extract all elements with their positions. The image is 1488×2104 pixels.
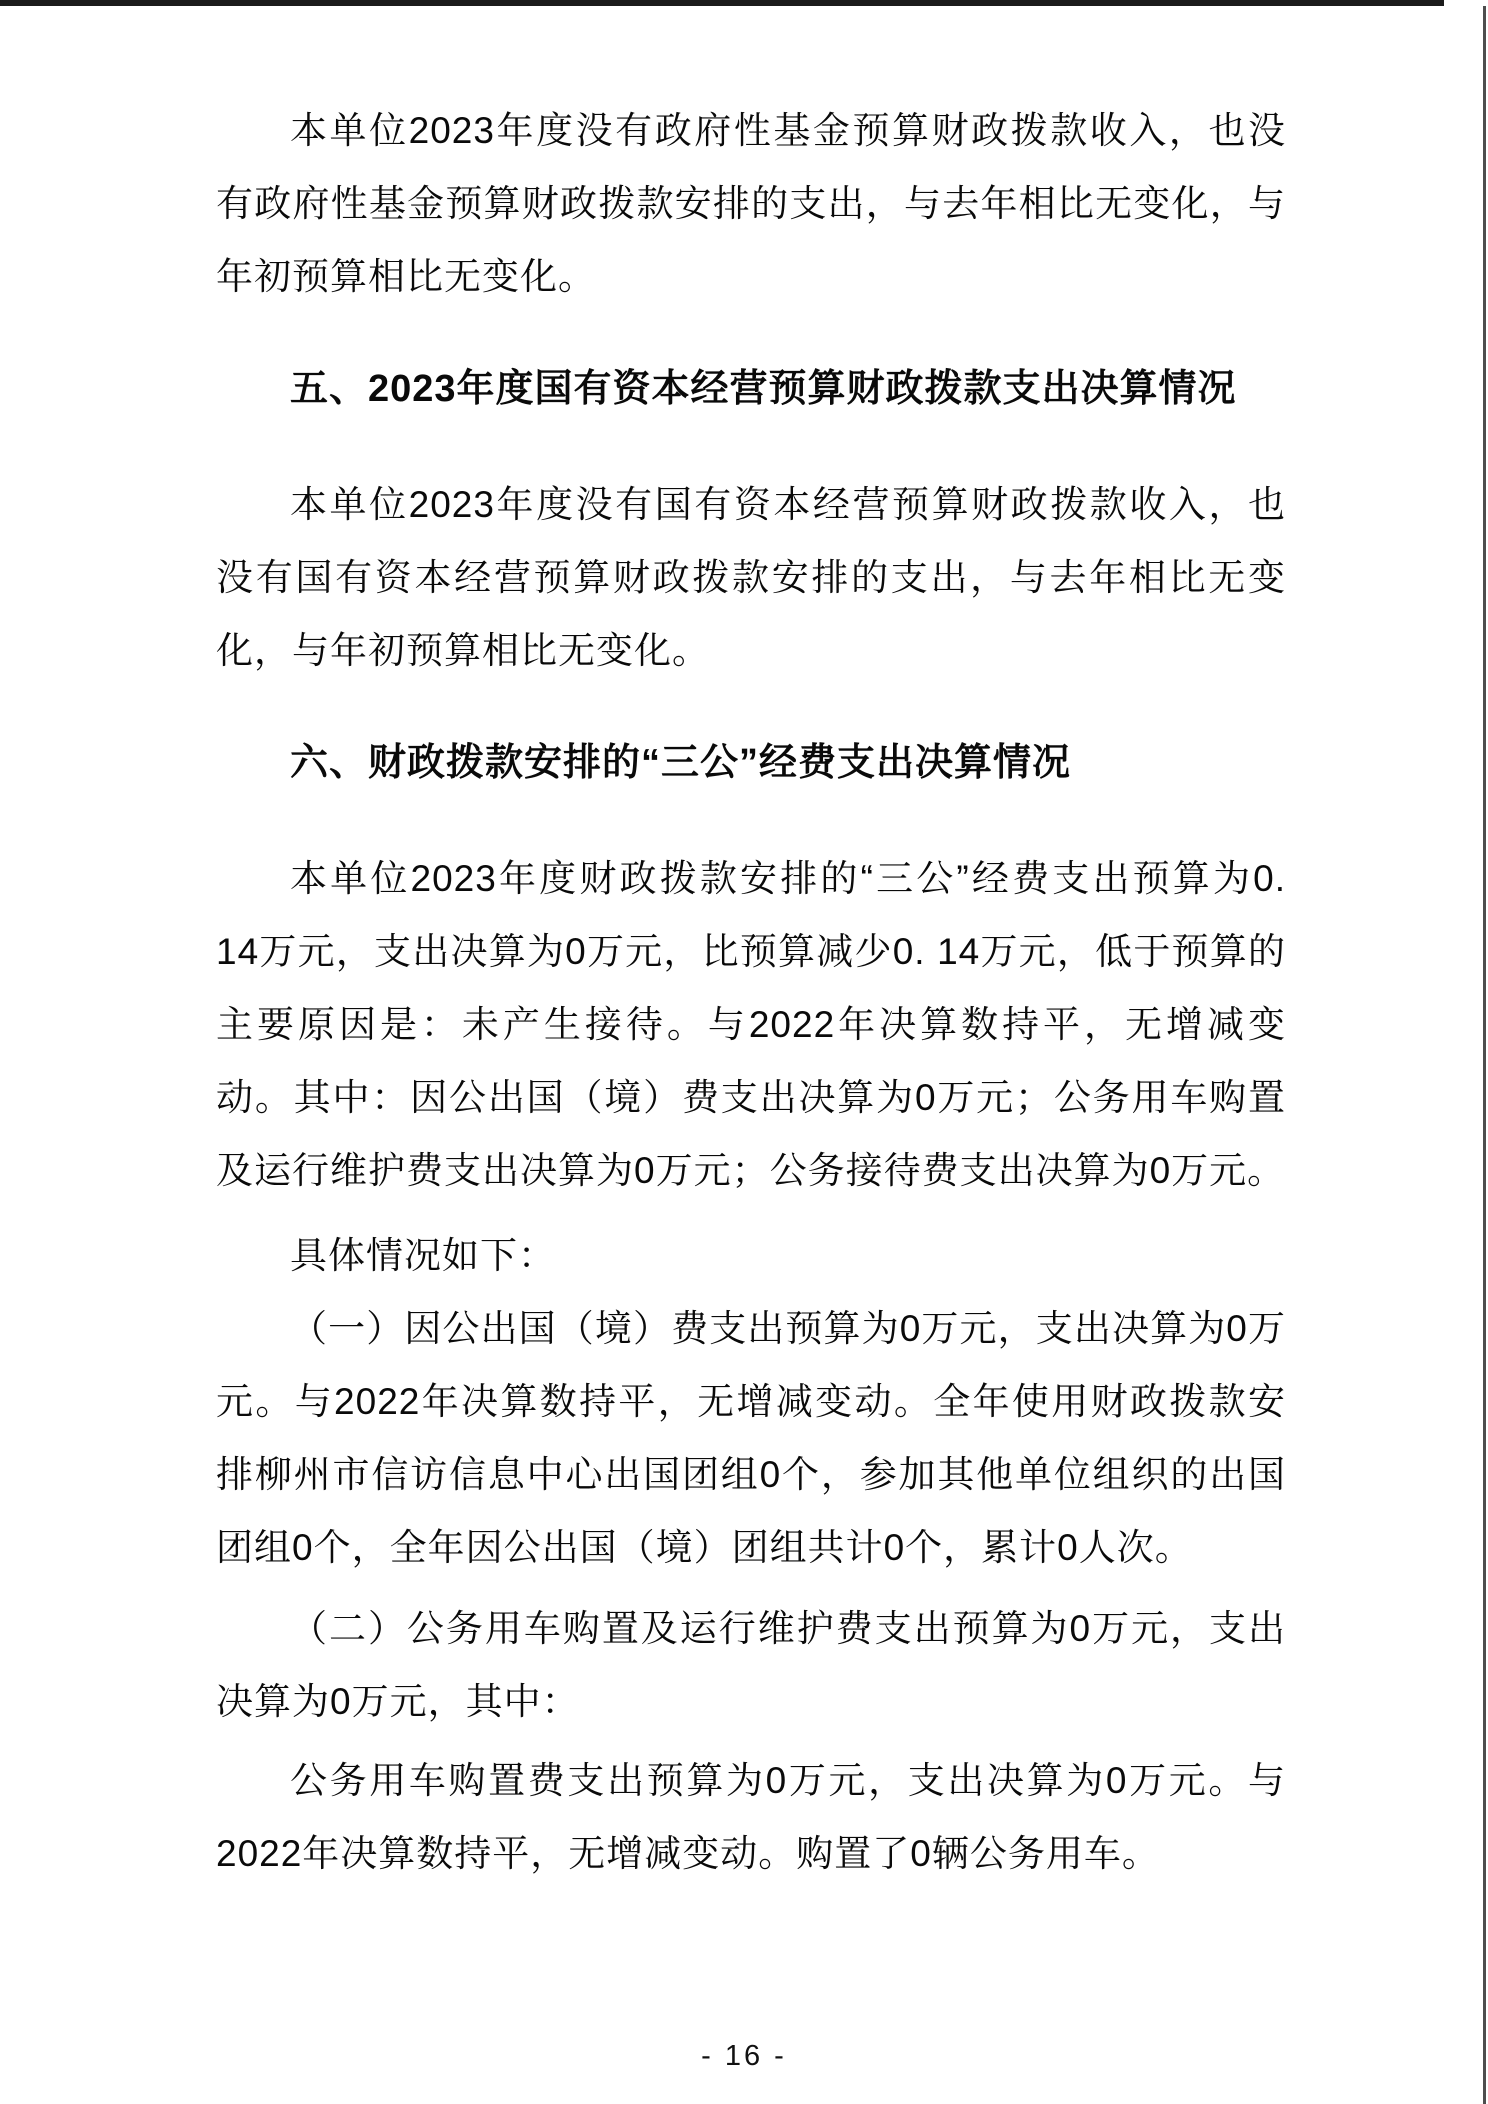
section-heading-six: 六、财政拨款安排的“三公”经费支出决算情况 (216, 727, 1286, 800)
paragraph-three-public-summary: 本单位2023年度财政拨款安排的“三公”经费支出预算为0. 14万元，支出决算为… (216, 842, 1286, 1207)
paragraph-item-two-vehicles: （二）公务用车购置及运行维护费支出预算为0万元，支出决算为0万元，其中： (216, 1592, 1286, 1738)
page-footer: - 16 - (0, 2040, 1488, 2073)
paragraph-state-capital-budget: 本单位2023年度没有国有资本经营预算财政拨款收入，也没有国有资本经营预算财政拨… (216, 468, 1286, 687)
paragraph-gov-fund-budget: 本单位2023年度没有政府性基金预算财政拨款收入，也没有政府性基金预算财政拨款安… (216, 94, 1286, 313)
page-number: - 16 - (701, 2040, 787, 2072)
scan-artifact-top-bar (0, 0, 1444, 6)
paragraph-details-intro: 具体情况如下： (216, 1219, 1286, 1292)
scan-artifact-right-edge-line (1483, 6, 1486, 2104)
paragraph-item-one-abroad: （一）因公出国（境）费支出预算为0万元，支出决算为0万元。与2022年决算数持平… (216, 1292, 1286, 1584)
document-content: 本单位2023年度没有政府性基金预算财政拨款收入，也没有政府性基金预算财政拨款安… (216, 94, 1286, 1890)
paragraph-vehicle-purchase: 公务用车购置费支出预算为0万元，支出决算为0万元。与2022年决算数持平，无增减… (216, 1744, 1286, 1890)
document-page: 本单位2023年度没有政府性基金预算财政拨款收入，也没有政府性基金预算财政拨款安… (0, 0, 1488, 2104)
section-heading-five: 五、2023年度国有资本经营预算财政拨款支出决算情况 (216, 353, 1286, 426)
